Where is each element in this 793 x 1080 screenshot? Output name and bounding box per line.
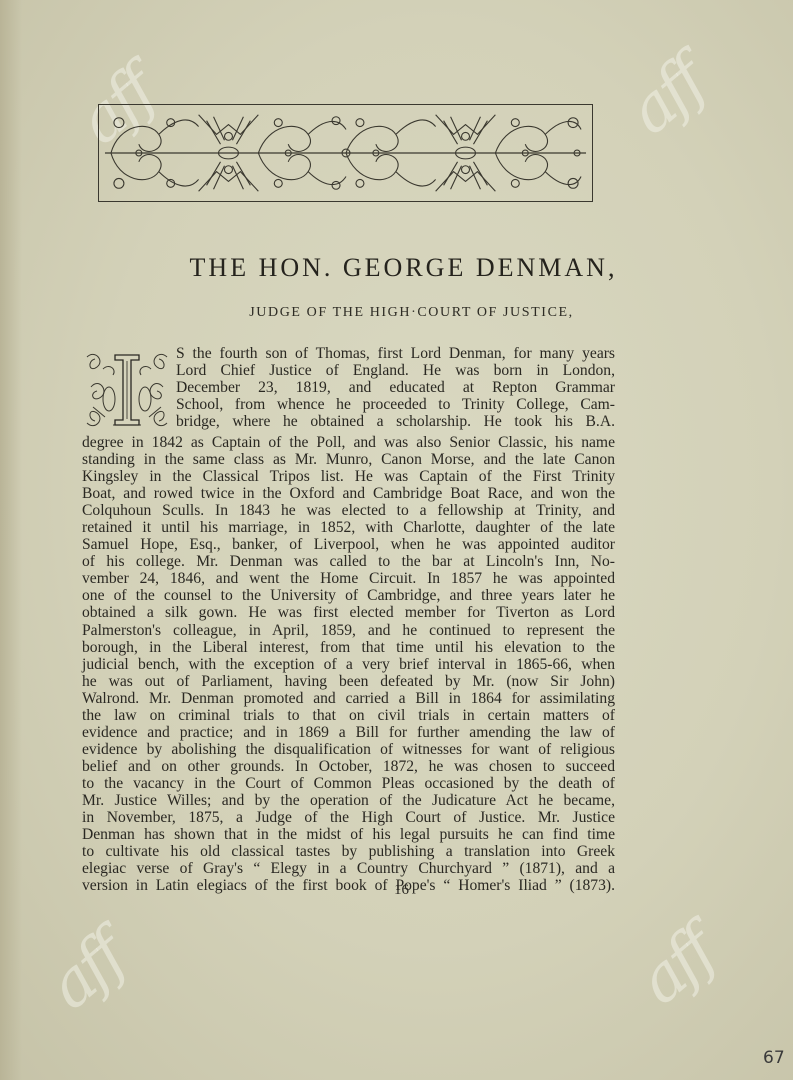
text-line: vember 24, 1846, and went the Home Circu… — [82, 570, 615, 587]
handwritten-folio-number: 67 — [763, 1048, 785, 1068]
text-line: Mr. Justice Willes; and by the operation… — [82, 792, 615, 809]
text-line: Kingsley in the Classical Tripos list. H… — [82, 468, 615, 485]
text-line: to the vacancy in the Court of Common Pl… — [82, 775, 615, 792]
text-line: retained it until his marriage, in 1852,… — [82, 519, 615, 536]
ornament-scroll-icon — [99, 105, 592, 201]
text-line: evidence by abolishing the disqualificat… — [82, 741, 615, 758]
watermark: aff — [615, 45, 719, 149]
text-line: to cultivate his old classical tastes by… — [82, 843, 615, 860]
illuminated-drop-cap-icon — [82, 346, 172, 434]
text-line: elegiac verse of Gray's “ Elegy in a Cou… — [82, 860, 615, 877]
text-line: of his college. Mr. Denman was called to… — [82, 553, 615, 570]
text-line: obtained a silk gown. He was first elect… — [82, 604, 615, 621]
decorative-header-ornament — [98, 104, 593, 202]
text-line: judicial bench, with the exception of a … — [82, 656, 615, 673]
text-line: degree in 1842 as Captain of the Poll, a… — [82, 434, 615, 451]
text-line: one of the counsel to the University of … — [82, 587, 615, 604]
text-line: in November, 1875, a Judge of the High C… — [82, 809, 615, 826]
biography-paragraph: S the fourth son of Thomas, first Lord D… — [82, 345, 615, 894]
page-title: THE HON. GEORGE DENMAN, — [0, 253, 793, 283]
text-line: he was out of Parliament, having been de… — [82, 673, 615, 690]
text-line: borough, in the Liberal interest, from t… — [82, 639, 615, 656]
page-edge-shadow — [0, 0, 22, 1080]
text-line: Denman has shown that in the midst of hi… — [82, 826, 615, 843]
watermark: aff — [625, 915, 729, 1019]
text-line: evidence and practice; and in 1869 a Bil… — [82, 724, 615, 741]
watermark: aff — [35, 920, 139, 1024]
text-line: Samuel Hope, Esq., banker, of Liverpool,… — [82, 536, 615, 553]
text-line: Colquhoun Sculls. In 1843 he was elected… — [82, 502, 615, 519]
text-line: belief and on other grounds. In October,… — [82, 758, 615, 775]
text-line: Boat, and rowed twice in the Oxford and … — [82, 485, 615, 502]
text-line: the law on criminal trials to that on ci… — [82, 707, 615, 724]
text-line: Walrond. Mr. Denman promoted and carried… — [82, 690, 615, 707]
text-line: standing in the same class as Mr. Munro,… — [82, 451, 615, 468]
text-line: Palmerston's colleague, in April, 1859, … — [82, 622, 615, 639]
page-number: 16 — [0, 882, 793, 899]
page-subtitle: JUDGE OF THE HIGH·COURT OF JUSTICE, — [0, 305, 793, 321]
